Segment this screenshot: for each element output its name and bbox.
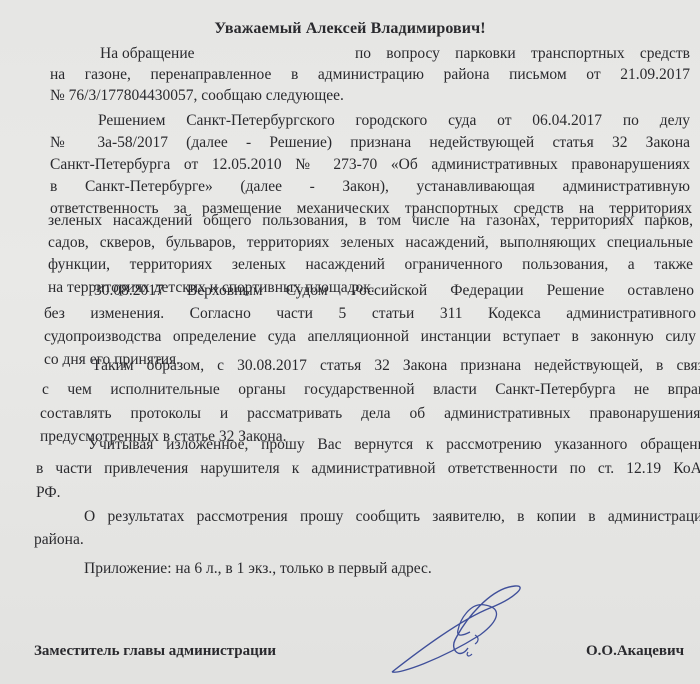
signatory-name: О.О.Акацевич — [586, 643, 684, 660]
text-line: О результатах рассмотрения прошу сообщит… — [84, 508, 700, 526]
text-line: РФ. — [36, 484, 60, 502]
text-line: судопроизводства определение суда апелля… — [44, 328, 696, 346]
text-line: на газоне, перенаправленное в администра… — [50, 66, 690, 84]
text-line: функции, территориях зеленых насаждений … — [48, 256, 693, 274]
attachment-line: Приложение: на 6 л., в 1 экз., только в … — [84, 560, 432, 578]
text-line: в части привлечения нарушителя к админис… — [36, 460, 700, 478]
text-line: садов, скверов, бульваров, территориях з… — [48, 234, 693, 252]
text-line: Санкт-Петербурга от 12.05.2010 № 273-70 … — [50, 156, 690, 174]
salutation: Уважаемый Алексей Владимирович! — [0, 20, 700, 38]
text-line: без изменения. Согласно части 5 статьи 3… — [44, 305, 696, 323]
text-line: зеленых насаждений общего пользования, в… — [48, 212, 693, 230]
text-line: № 3а-58/2017 (далее - Решение) признана … — [50, 134, 690, 152]
text-line: Таким образом, с 30.08.2017 статья 32 За… — [92, 357, 700, 375]
text-line: с чем исполнительные органы государствен… — [42, 381, 700, 399]
text-line: составлять протоколы и рассматривать дел… — [40, 405, 700, 423]
text-line: по вопросу парковки транспортных средств — [355, 45, 690, 63]
signatory-title: Заместитель главы администрации — [34, 643, 276, 660]
text-line: района. — [34, 531, 84, 549]
text-line: № 76/3/177804430057, сообщаю следующее. — [50, 87, 344, 105]
text-line: в Санкт-Петербурге» (далее - Закон), уст… — [50, 178, 690, 196]
text-line: Учитывая изложенное, прошу Вас вернутся … — [88, 436, 700, 454]
letter-page: Уважаемый Алексей Владимирович! На обращ… — [0, 0, 700, 684]
text-line: На обращение — [100, 45, 195, 63]
text-line: Решением Санкт-Петербургского городского… — [98, 112, 690, 130]
signature-icon — [380, 580, 540, 684]
text-line: 30.08.2017 Верховным Судом Российской Фе… — [94, 282, 694, 300]
